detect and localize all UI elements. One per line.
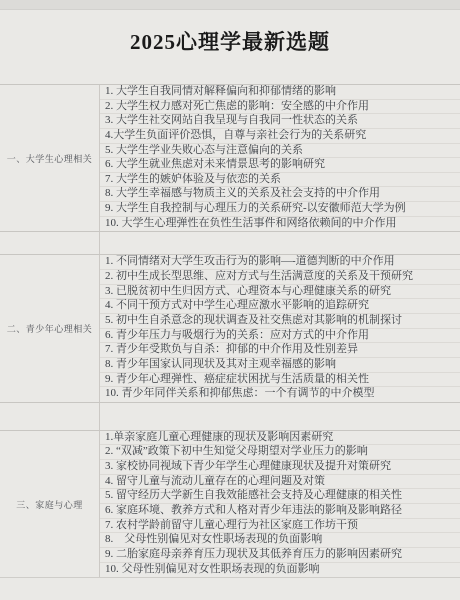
topic-item: 10. 青少年同伴关系和抑郁焦虑：一个有调节的中介模型 bbox=[100, 387, 460, 402]
section-label: 三、家庭与心理 bbox=[0, 431, 100, 577]
topic-item: 6. 青少年压力与吸烟行为的关系：应对方式的中介作用 bbox=[100, 329, 460, 344]
topic-item: 6. 家庭环境、教养方式和人格对青少年违法的影响及影响路径 bbox=[100, 504, 460, 519]
topics-table: 一、大学生心理相关1. 大学生自我同情对解释偏向和抑郁情绪的影响2. 大学生权力… bbox=[0, 84, 460, 578]
topic-item: 1. 不同情绪对大学生攻击行为的影响—-道德判断的中介作用 bbox=[100, 255, 460, 270]
topic-item: 10. 大学生心理弹性在负性生活事件和网络依赖间的中介作用 bbox=[100, 217, 460, 232]
topic-item: 4. 留守儿童与流动儿童存在的心理问题及对策 bbox=[100, 475, 460, 490]
topic-item: 2. 初中生成长型思维、应对方式与生活满意度的关系及干预研究 bbox=[100, 270, 460, 285]
topic-item: 2. 大学生权力感对死亡焦虑的影响：安全感的中介作用 bbox=[100, 100, 460, 115]
spacer-label-cell bbox=[0, 403, 100, 430]
spacer-label-cell bbox=[0, 232, 100, 254]
topic-item: 5. 初中生自杀意念的现状调查及社交焦虑对其影响的机制探讨 bbox=[100, 314, 460, 329]
topic-item: 8. 青少年国家认同现状及其对主观幸福感的影响 bbox=[100, 358, 460, 373]
section-spacer bbox=[0, 402, 460, 430]
topic-item: 3. 已脱贫初中生归因方式、心理资本与心理健康关系的研究 bbox=[100, 285, 460, 300]
topic-item: 5. 留守经历大学新生自我效能感社会支持及心理健康的相关性 bbox=[100, 489, 460, 504]
topic-item: 9. 大学生自我控制与心理压力的关系研究-以安徽师范大学为例 bbox=[100, 202, 460, 217]
section-items: 1. 大学生自我同情对解释偏向和抑郁情绪的影响2. 大学生权力感对死亡焦虑的影响… bbox=[100, 85, 460, 231]
topic-item: 9. 二胎家庭母亲养育压力现状及其低养育压力的影响因素研究 bbox=[100, 548, 460, 563]
section-items: 1.单亲家庭儿童心理健康的现状及影响因素研究2. “双减”政策下初中生知觉父母期… bbox=[100, 431, 460, 577]
topic-item: 7. 青少年受欺负与自杀：抑郁的中介作用及性别差异 bbox=[100, 343, 460, 358]
topic-item: 2. “双减”政策下初中生知觉父母期望对学业压力的影响 bbox=[100, 445, 460, 460]
page-title: 2025心理学最新选题 bbox=[0, 28, 460, 56]
topic-item: 1.单亲家庭儿童心理健康的现状及影响因素研究 bbox=[100, 431, 460, 446]
topic-item: 7. 农村学龄前留守儿童心理行为社区家庭工作坊干预 bbox=[100, 519, 460, 534]
topic-item: 8. 大学生幸福感与物质主义的关系及社会支持的中介作用 bbox=[100, 187, 460, 202]
topic-section: 一、大学生心理相关1. 大学生自我同情对解释偏向和抑郁情绪的影响2. 大学生权力… bbox=[0, 85, 460, 231]
topic-item: 3. 大学生社交网站自我呈现与自我同一性状态的关系 bbox=[100, 114, 460, 129]
topic-item: 5. 大学生学业失败心态与注意偏向的关系 bbox=[100, 144, 460, 159]
topic-item: 4. 不同干预方式对中学生心理应激水平影响的追踪研究 bbox=[100, 299, 460, 314]
document-page: 2025心理学最新选题 一、大学生心理相关1. 大学生自我同情对解释偏向和抑郁情… bbox=[0, 0, 460, 578]
spacer-content-cell bbox=[100, 232, 460, 254]
topic-item: 6. 大学生就业焦虑对未来情景思考的影响研究 bbox=[100, 158, 460, 173]
topic-item: 1. 大学生自我同情对解释偏向和抑郁情绪的影响 bbox=[100, 85, 460, 100]
section-spacer bbox=[0, 231, 460, 254]
topic-item: 10. 父母性别偏见对女性职场表现的负面影响 bbox=[100, 563, 460, 578]
topic-item: 8. 父母性别偏见对女性职场表现的负面影响 bbox=[100, 533, 460, 548]
topic-item: 3. 家校协同视域下青少年学生心理健康现状及提升对策研究 bbox=[100, 460, 460, 475]
section-label: 一、大学生心理相关 bbox=[0, 85, 100, 231]
spacer-content-cell bbox=[100, 403, 460, 430]
section-items: 1. 不同情绪对大学生攻击行为的影响—-道德判断的中介作用2. 初中生成长型思维… bbox=[100, 255, 460, 401]
top-strip bbox=[0, 0, 460, 10]
topic-item: 4.大学生负面评价恐惧，自尊与亲社会行为的关系研究 bbox=[100, 129, 460, 144]
topic-section: 二、青少年心理相关1. 不同情绪对大学生攻击行为的影响—-道德判断的中介作用2.… bbox=[0, 254, 460, 401]
topic-item: 7. 大学生的嫉妒体验及与依恋的关系 bbox=[100, 173, 460, 188]
section-label: 二、青少年心理相关 bbox=[0, 255, 100, 401]
topic-section: 三、家庭与心理1.单亲家庭儿童心理健康的现状及影响因素研究2. “双减”政策下初… bbox=[0, 430, 460, 577]
topic-item: 9. 青少年心理弹性、癌症症状困扰与生活质量的相关性 bbox=[100, 373, 460, 388]
